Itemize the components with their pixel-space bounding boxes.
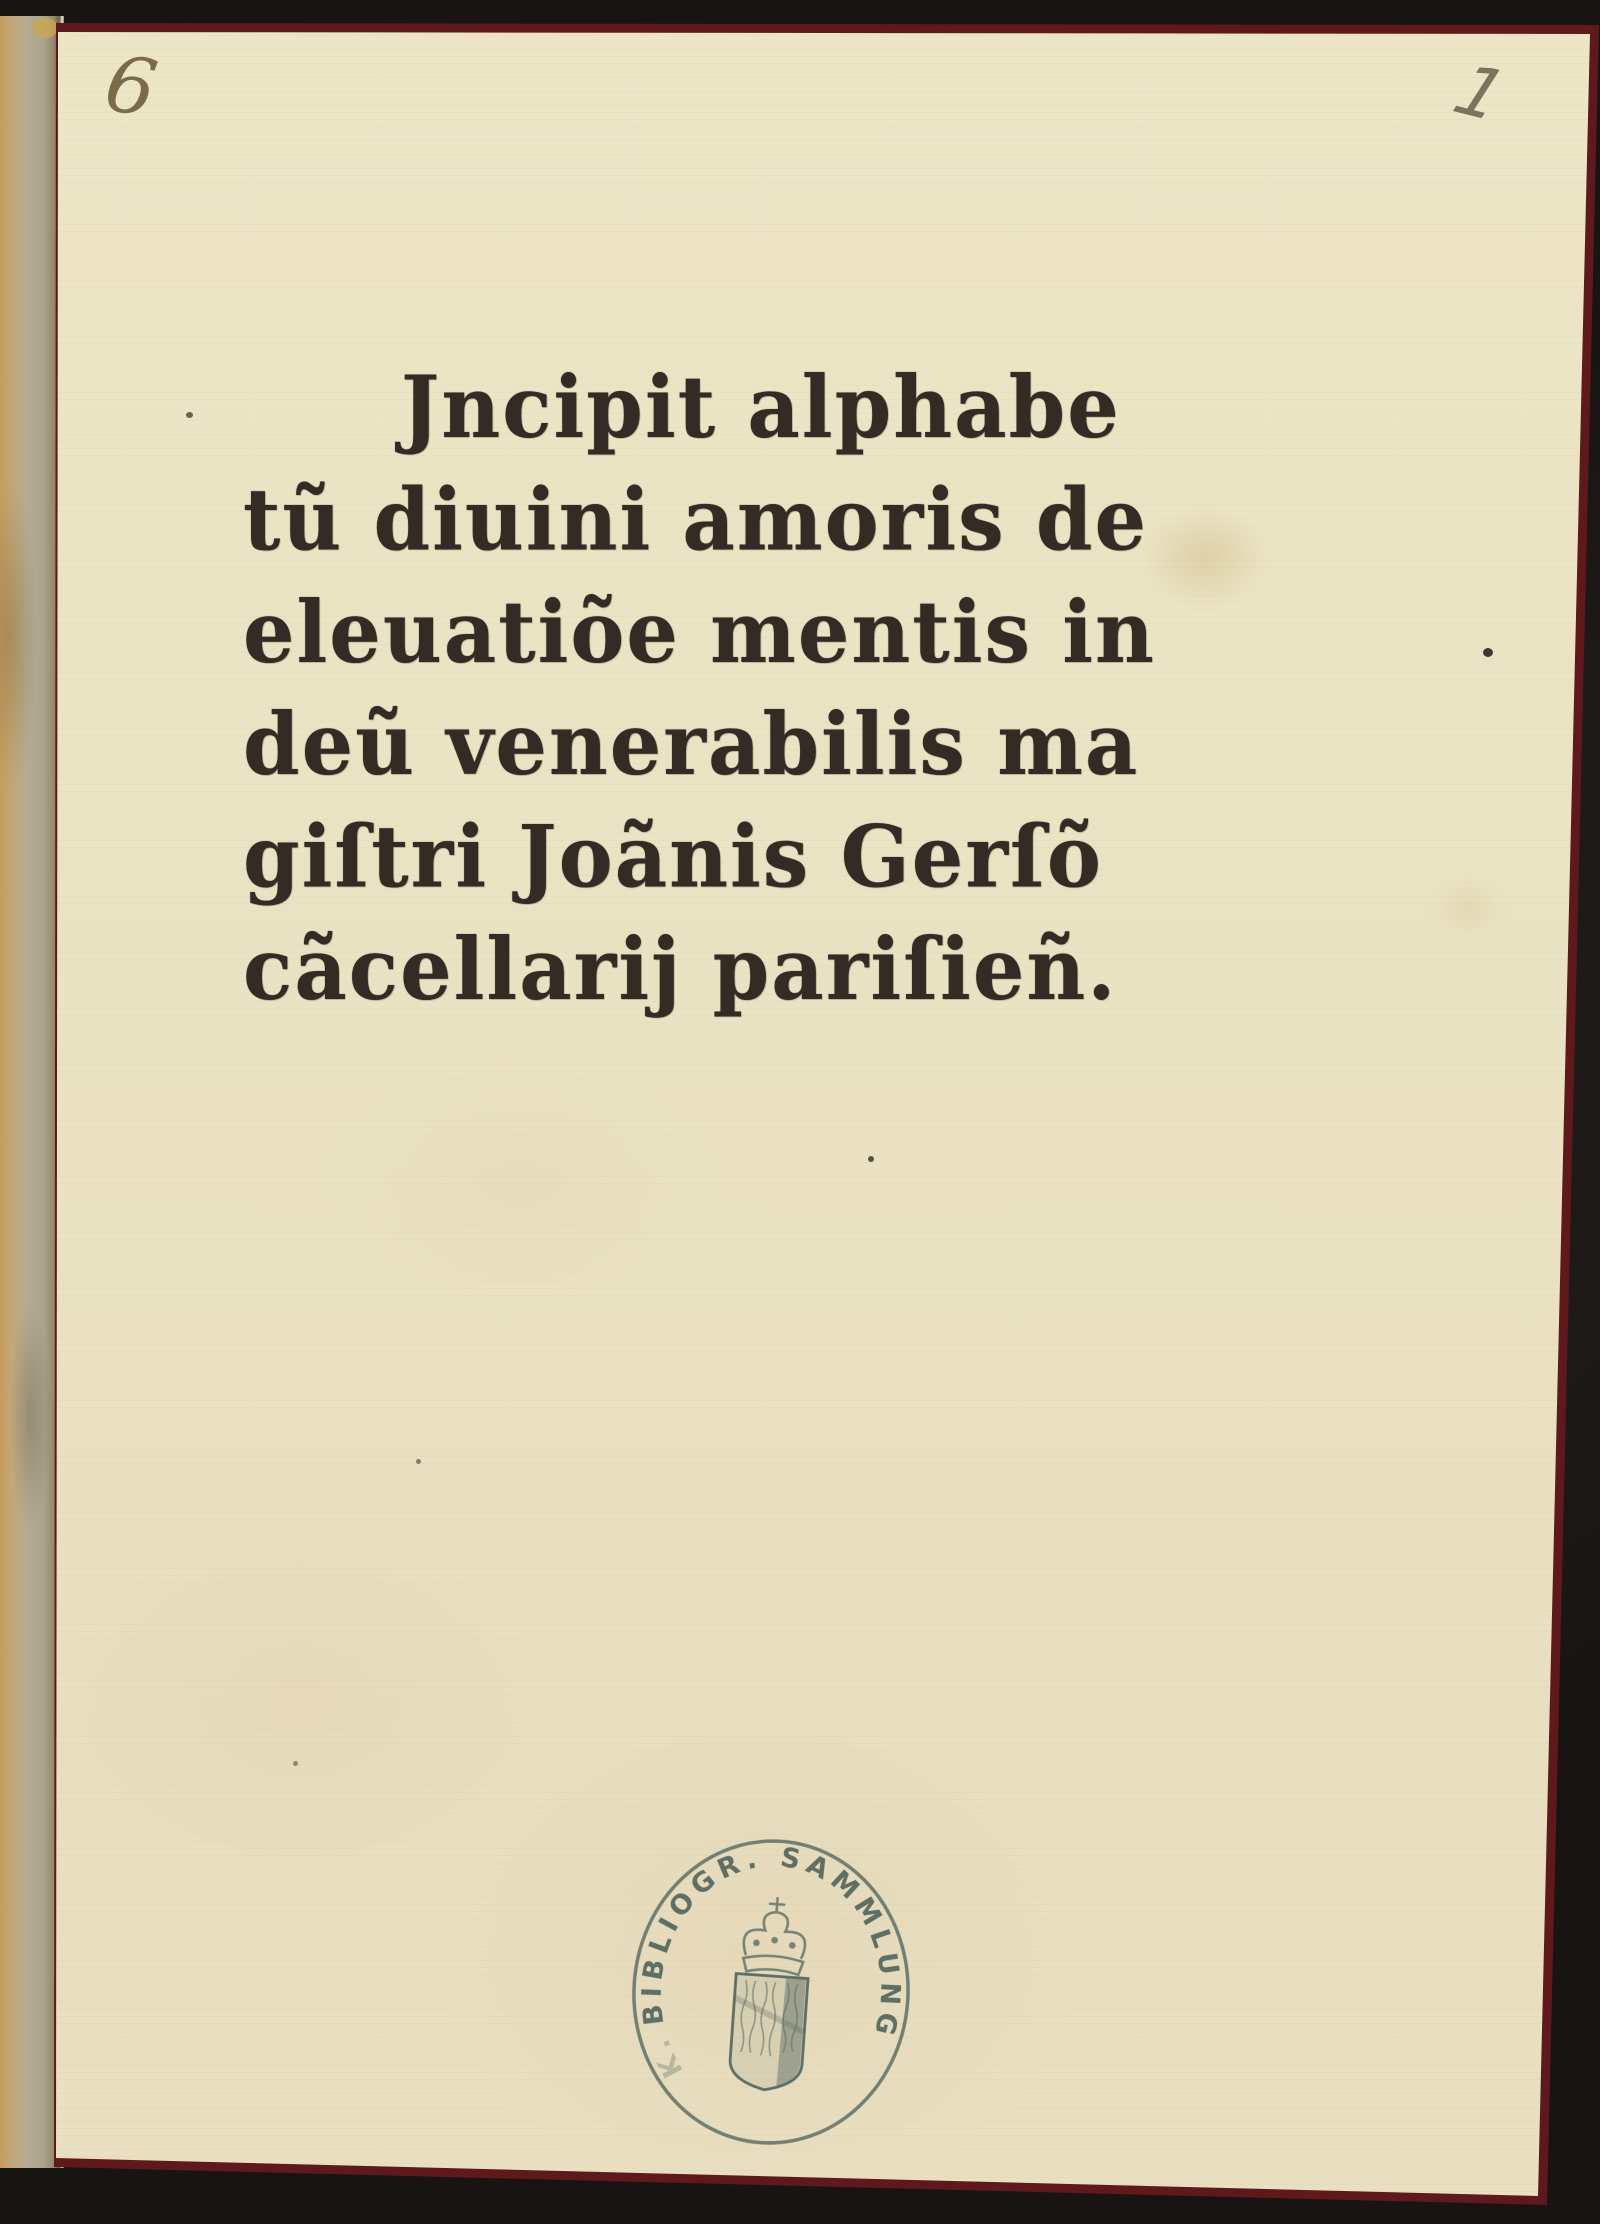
- incipit-line-2: tũ diuini amoris de: [243, 464, 1243, 576]
- incipit-line-5: giſtri Joãnis Gerſõ: [243, 801, 1243, 913]
- incipit-line-3: eleuatiõe mentis in: [243, 577, 1243, 689]
- crown-icon: [742, 1896, 808, 1975]
- ink-dot: [186, 412, 193, 418]
- incipit-text-block: Jncipit alphabe tũ diuini amoris de eleu…: [243, 352, 1243, 1026]
- ink-dot: [1483, 648, 1493, 657]
- library-stamp: K.BIBLIOGR. SAMMLUNG: [604, 1814, 939, 2171]
- shield-icon: [728, 1974, 808, 2093]
- ink-dot: [293, 1761, 298, 1766]
- incipit-line-4: deũ venerabilis ma: [243, 689, 1243, 801]
- scanned-book-photo: 6 1 Jncipit alphabe tũ diuini amoris de …: [0, 0, 1600, 2224]
- incipit-line-1: Jncipit alphabe: [243, 352, 1243, 464]
- incipit-line-6: cãcellarij pariſieñ.: [243, 914, 1243, 1026]
- spine-chip: [32, 18, 58, 38]
- ink-dot: [416, 1459, 421, 1464]
- ink-dot: [868, 1156, 874, 1162]
